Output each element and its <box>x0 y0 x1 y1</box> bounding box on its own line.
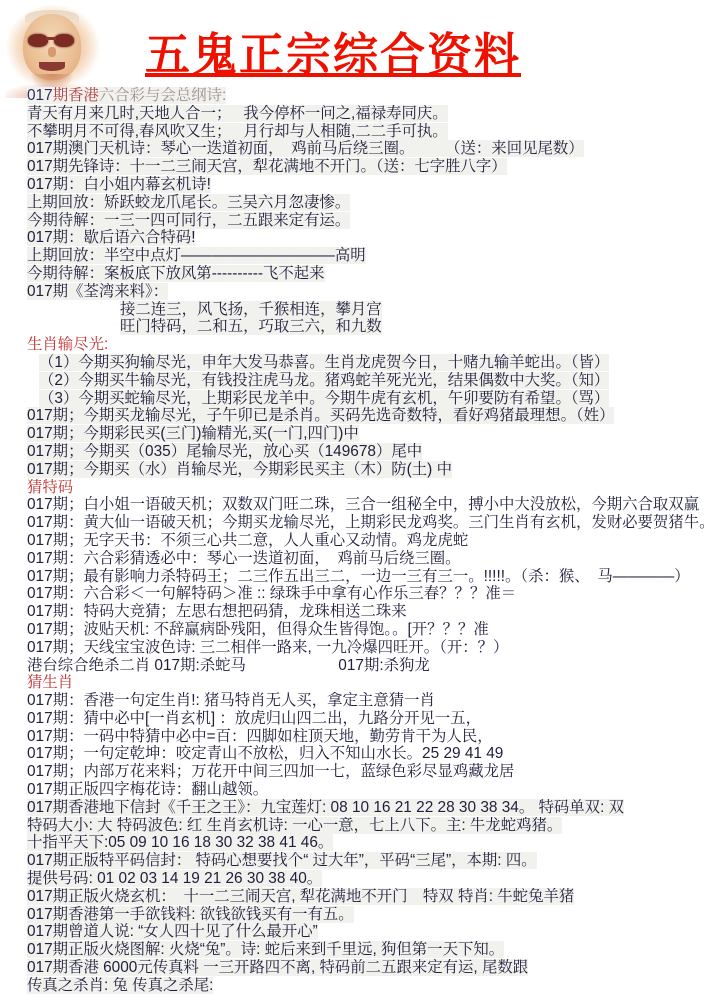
text-line-41: 017期香港地下信封《千王之王》：九宝莲灯: 08 10 16 21 22 28… <box>27 799 728 817</box>
text-line-40: 017期正版四字梅花诗：翻山越领。 <box>27 781 728 799</box>
text-line-5: 017期先锋诗：十一二三闹天宫，犁花满地不开门。（送：七字胜八字） <box>27 158 728 176</box>
text-line-4: 017期澳门天机诗：琴心一迭道初面， 鸡前马后绕三圈。 （送：来回见尾数） <box>27 140 728 158</box>
text-line-45: 提供号码: 01 02 03 14 19 21 26 30 38 40。 <box>27 870 728 888</box>
text-line-11: 今期待解：案板底下放风第----------飞不起来 <box>27 265 728 283</box>
text-line-26: 017期；无字天书：不须三心共二意，人人重心又动情。鸡龙虎蛇 <box>27 532 728 550</box>
text-line-24: 017期；白小姐一语破天机；双数双门旺二珠，三合一组秘全中，搏小中大没放松，今期… <box>27 496 728 514</box>
text-line-15: 生肖输尽光: <box>27 336 728 354</box>
text-line-23: 猜特码 <box>27 479 728 497</box>
content-lines: 017期香港六合彩与会总纲诗:青天有月来几时,天地人合一； 我今停杯一问之,福禄… <box>27 87 728 995</box>
text-line-21: 017期；今期买（035）尾输尽光，放心买（149678）尾中 <box>27 443 728 461</box>
text-line-22: 017期；今期买（水）肖输尽光，今期彩民买主（木）防(土) 中 <box>27 461 728 479</box>
text-line-19: 017期；今期买龙输尽光，子午卯已是杀肖。买码先选奇数特，看好鸡猪最理想。（姓） <box>27 407 728 425</box>
text-line-47: 017期香港第一手欲钱料: 欲钱欲钱买有一有五。 <box>27 906 728 924</box>
text-line-43: 十指平天下:05 09 10 16 18 30 32 38 41 46。 <box>27 834 728 852</box>
text-line-3: 不攀明月不可得,春风吹又生； 月行却与人相随,二二手可执。 <box>27 123 728 141</box>
text-line-9: 017期：歇后语六合特码! <box>27 229 728 247</box>
text-line-38: 017期；一句定乾坤：咬定青山不放松，归入不知山水长。25 29 41 49 <box>27 745 728 763</box>
portrait-mouth <box>39 62 65 71</box>
text-line-36: 017期：猜中必中[一肖玄机] ：放虎归山四二出，九路分开见一五， <box>27 710 728 728</box>
text-line-37: 017期：一码中特猜中必中=百：四脚如柱顶天地，勤劳肯干为人民， <box>27 728 728 746</box>
text-line-18: （3）今期买蛇输尽光，上期彩民龙羊中。今期牛虎有玄机，午卯要防有希望。（骂） <box>27 390 728 408</box>
text-line-46: 017期正版火烧玄机： 十一二三闹天宫, 犁花满地不开门 特双 特肖: 牛蛇兔羊… <box>27 888 728 906</box>
text-line-31: 017期；波贴天机: 不辞赢病卧残阳，但得众生皆得饱。。[开？？？准 <box>27 621 728 639</box>
text-line-14: 旺门特码，二和五，巧取三六，和九数 <box>27 318 728 336</box>
text-line-33: 港台综合绝杀二肖 017期:杀蛇马 017期:杀狗龙 <box>27 657 728 675</box>
text-line-49: 017期正版火烧图解: 火烧“兔”。诗: 蛇后来到千里远, 狗但第一天下知。 <box>27 941 728 959</box>
text-line-35: 017期：香港一句定生肖!: 猪马特肖无人买，拿定主意猜一肖 <box>27 692 728 710</box>
text-line-48: 017期曾道人说: “女人四十见了什么最开心” <box>27 923 728 941</box>
text-line-8: 今期待解：一三一四可同行，二五跟来定有运。 <box>27 212 728 230</box>
portrait-photo-image <box>1 0 105 98</box>
text-line-17: （2）今期买牛输尽光，有钱投注虎马龙。猪鸡蛇羊死光光，结果偶数中大奖。（知） <box>27 372 728 390</box>
sunglasses-bridge <box>46 37 56 40</box>
portrait-nose <box>48 47 56 57</box>
text-line-27: 017期：六合彩猜透必中：琴心一迭道初面， 鸡前马后绕三圈。 <box>27 550 728 568</box>
page-title: 五鬼正宗综合资料 <box>145 18 521 83</box>
text-line-20: 017期；今期彩民买(三门)输精光,买(一门,四门)中 <box>27 425 728 443</box>
text-line-28: 017期；最有影响力杀特码王；二三作五出三二，一边一三有三一。!!!!!。（杀：… <box>27 568 728 586</box>
text-line-34: 猜生肖 <box>27 674 728 692</box>
page: 五鬼正宗综合资料 017期香港六合彩与会总纲诗:青天有月来几时,天地人合一； 我… <box>0 0 728 1000</box>
text-line-16: （1）今期买狗输尽光，申年大发马恭喜。生肖龙虎贺今日，十赌九输羊蛇出。（皆） <box>27 354 728 372</box>
sunglasses-right-lens <box>54 34 74 47</box>
text-line-32: 017期；天线宝宝波色诗: 三二相伴一路来, 一九冷爆四旺开。（开：？） <box>27 639 728 657</box>
text-line-13: 接二连三，风飞扬，千猴相连，攀月宫 <box>27 301 728 319</box>
text-line-44: 017期正版特平码信封： 特码心想要找个“ 过大年”，平码“三尾”，本期: 四。 <box>27 852 728 870</box>
text-line-7: 上期回放：矫跃蛟龙爪尾长。三吴六月忽凄惨。 <box>27 194 728 212</box>
text-line-6: 017期：白小姐内幕玄机诗! <box>27 176 728 194</box>
text-line-30: 017期：特码大竞猜；左思右想把码猜，龙珠相送二珠来 <box>27 603 728 621</box>
text-line-29: 017期：六合彩＜一句解特码＞准 :: 绿珠手中拿有心作乐三春？？？准＝ <box>27 585 728 603</box>
text-line-2: 青天有月来几时,天地人合一； 我今停杯一问之,福禄寿同庆。 <box>27 105 728 123</box>
text-line-50: 017期香港 6000元传真料 一三开路四不离, 特码前二五跟来定有运, 尾数跟 <box>27 959 728 977</box>
text-line-42: 特码大小: 大 特码波色: 红 生肖玄机诗: 一心一意，七上八下。主: 牛龙蛇鸡… <box>27 817 728 835</box>
text-line-12: 017期《荃湾来料》： <box>27 283 728 301</box>
text-line-1: 017期香港六合彩与会总纲诗: <box>27 87 728 105</box>
text-line-25: 017期：黄大仙一语破天机；今期买龙输尽光，上期彩民龙鸡奖。三门生肖有玄机，发财… <box>27 514 728 532</box>
text-line-51: 传真之杀肖: 兔 传真之杀尾: <box>27 977 728 995</box>
sunglasses-left-lens <box>28 34 48 47</box>
text-line-10: 上期回放：半空中点灯——————————高明 <box>27 247 728 265</box>
text-line-39: 017期；内部万花来料；万花开中间三四加一七，蓝绿色彩尽显鸡藏龙居 <box>27 763 728 781</box>
